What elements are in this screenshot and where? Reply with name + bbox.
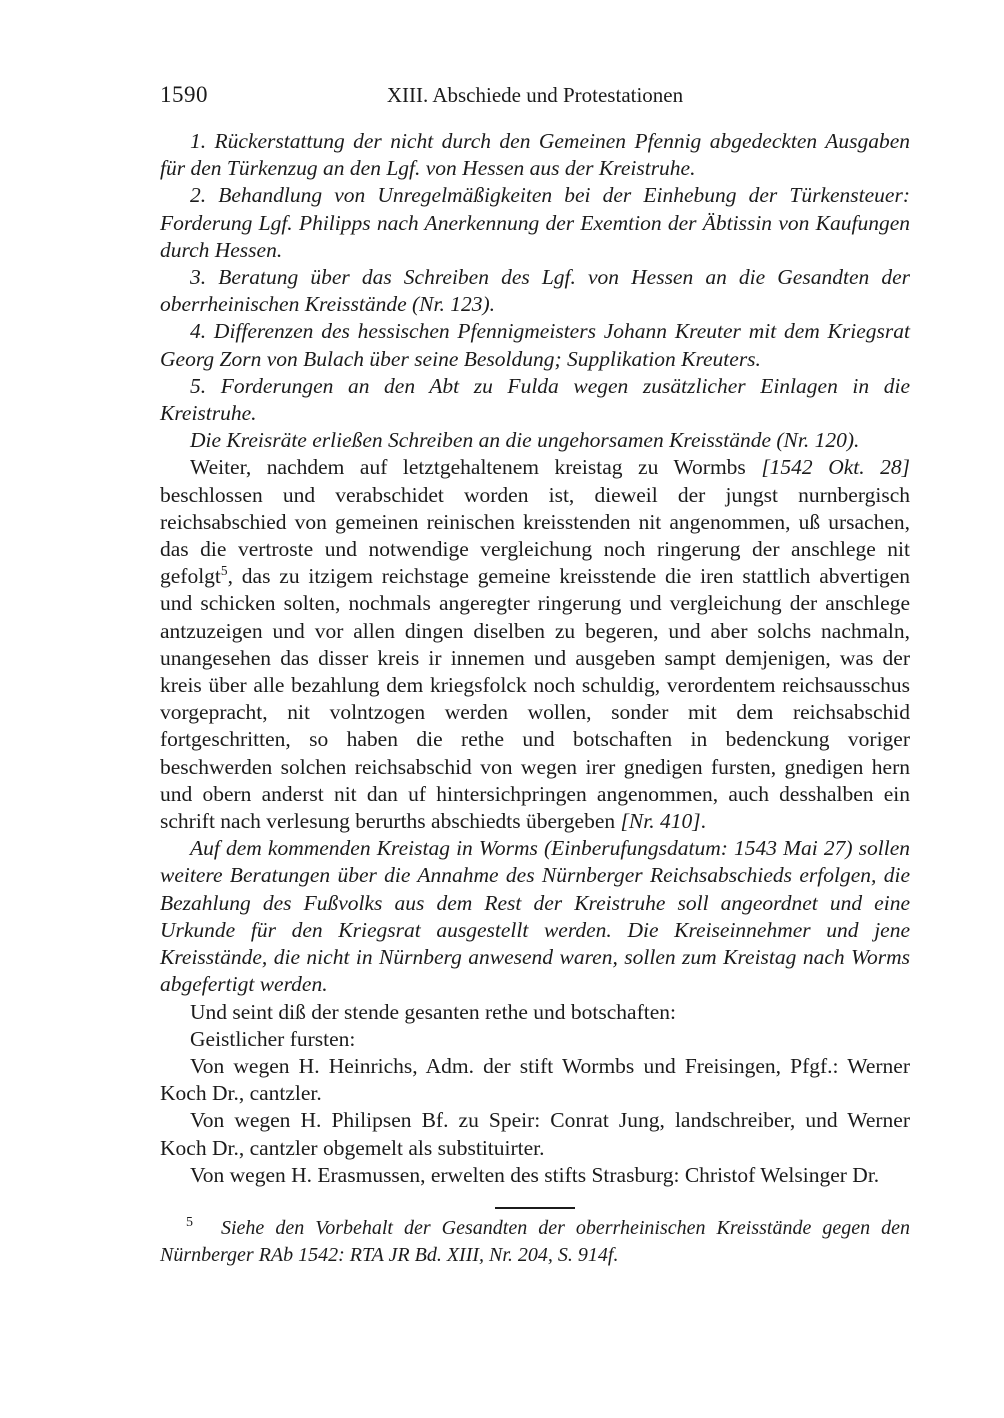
text-run: 4. Differenzen des hessischen Pfennigmei…	[160, 319, 910, 370]
text-run: [1542 Okt. 28]	[761, 455, 910, 479]
paragraph: 3. Beratung über das Schreiben des Lgf. …	[160, 264, 910, 318]
running-title: XIII. Abschiede und Protestationen	[160, 83, 910, 108]
footnote-marker: 5	[186, 1215, 193, 1230]
text-run: 1. Rückerstattung der nicht durch den Ge…	[160, 129, 910, 180]
text-run: Siehe den Vorbehalt der Gesandten der ob…	[160, 1217, 910, 1266]
paragraph: Von wegen H. Heinrichs, Adm. der stift W…	[160, 1053, 910, 1107]
text-run: [Nr. 410]	[621, 809, 701, 833]
paragraph: 1. Rückerstattung der nicht durch den Ge…	[160, 128, 910, 182]
text-run: .	[701, 809, 706, 833]
text-run: Auf dem kommenden Kreistag in Worms (Ein…	[160, 836, 910, 996]
paragraph: Auf dem kommenden Kreistag in Worms (Ein…	[160, 835, 910, 998]
paragraph: 2. Behandlung von Unregelmäßigkeiten bei…	[160, 182, 910, 264]
body-paragraphs: 1. Rückerstattung der nicht durch den Ge…	[160, 128, 910, 1189]
text-run: Und seint diß der stende gesanten rethe …	[190, 1000, 676, 1024]
text-run: Von wegen H. Philipsen Bf. zu Speir: Con…	[160, 1108, 910, 1159]
text-run: 2. Behandlung von Unregelmäßigkeiten bei…	[160, 183, 910, 261]
paragraph: 5. Forderungen an den Abt zu Fulda wegen…	[160, 373, 910, 427]
book-page: 1590 XIII. Abschiede und Protestationen …	[0, 0, 1004, 1418]
text-run: 3. Beratung über das Schreiben des Lgf. …	[160, 265, 910, 316]
paragraph: Geistlicher fursten:	[160, 1026, 910, 1053]
text-run: 5. Forderungen an den Abt zu Fulda wegen…	[160, 374, 910, 425]
text-run: , das zu itzigem reichstage gemeine krei…	[160, 564, 910, 833]
text-run: Geistlicher fursten:	[190, 1027, 355, 1051]
text-run: Die Kreisräte erließen Schreiben an die …	[190, 428, 859, 452]
footnote-section: 5Siehe den Vorbehalt der Gesandten der o…	[160, 1215, 910, 1269]
footnote-reference: 5	[221, 563, 228, 578]
paragraph: Die Kreisräte erließen Schreiben an die …	[160, 427, 910, 454]
paragraph: Von wegen H. Erasmussen, erwelten des st…	[160, 1162, 910, 1189]
text-column: 1590 XIII. Abschiede und Protestationen …	[160, 82, 910, 1269]
text-run: Von wegen H. Heinrichs, Adm. der stift W…	[160, 1054, 910, 1105]
paragraph: 4. Differenzen des hessischen Pfennigmei…	[160, 318, 910, 372]
paragraph: Und seint diß der stende gesanten rethe …	[160, 999, 910, 1026]
page-header: 1590 XIII. Abschiede und Protestationen	[160, 82, 910, 108]
paragraph: Weiter, nachdem auf letztgehaltenem krei…	[160, 454, 910, 835]
paragraph: Von wegen H. Philipsen Bf. zu Speir: Con…	[160, 1107, 910, 1161]
footnote: 5Siehe den Vorbehalt der Gesandten der o…	[160, 1215, 910, 1269]
footnote-separator	[495, 1207, 575, 1209]
text-run: Weiter, nachdem auf letztgehaltenem krei…	[190, 455, 761, 479]
text-run: Von wegen H. Erasmussen, erwelten des st…	[190, 1163, 879, 1187]
